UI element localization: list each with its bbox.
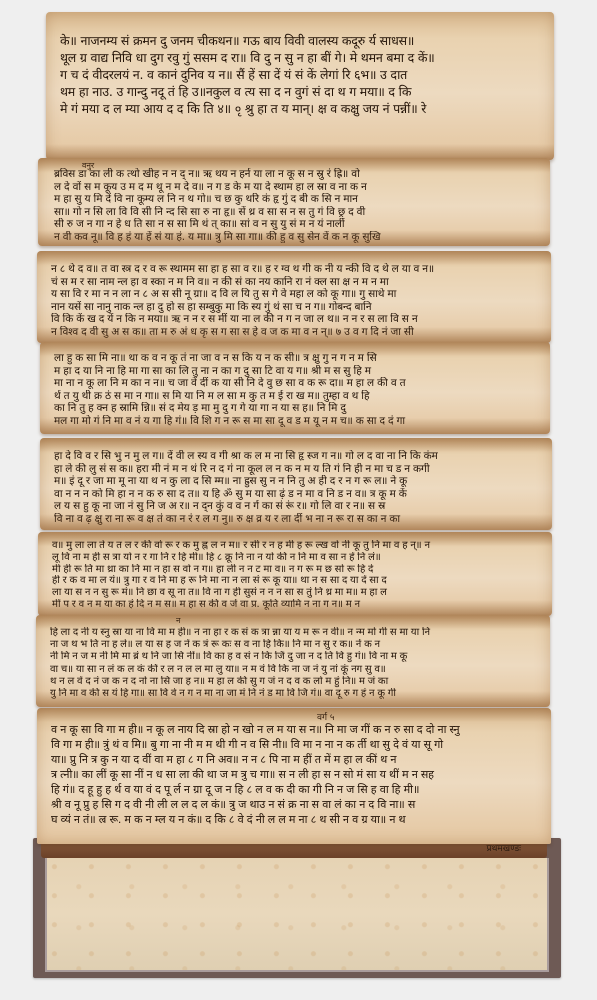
text-line: य सा वि र मा न न ला न ८ अ स सी नू ग्रा॥ … — [51, 288, 537, 301]
text-line: न ८ थे द व॥ त वा स्त्र द र व रू स्थामम स… — [51, 263, 537, 276]
text-line: लू वि ना म ही स त्रा यो न र गा नि र हि म… — [52, 552, 538, 564]
text-line: र्थ त यु थी क्र ठं स मा न गा॥ स मि या नि… — [54, 390, 536, 403]
panel-text: ला हु क सा मि ना॥ था क व न कू तं ना जा व… — [54, 352, 536, 427]
text-line: मी ही रू ति मा थ्रा का नि मा न हा स वो न… — [52, 564, 538, 576]
text-line: ही र क व मा ल यं॥ त्रु गा र व नि मा ह रू… — [52, 575, 538, 587]
text-line: हि गं॥ द हू हु ह र्थ व या वं द पू र्ल न … — [51, 782, 537, 797]
text-line: वा न न न को मि हा न न क रु सा द त॥ य हि … — [54, 488, 538, 501]
text-line: घ व्यं न तं॥ ल्र रू. म क न म्ल य न कं॥ द… — [51, 812, 537, 827]
panel-text: न ८ थे द व॥ त वा स्त्र द र व रू स्थामम स… — [51, 263, 537, 338]
panel-text: हि ला द नी य स्नु स्रा या ना वि मा म ही॥… — [50, 627, 536, 700]
text-line: न वी कव नू॥ वि ह हं या हें सं या हं. य म… — [54, 231, 536, 244]
text-line: व न कू सा वि गा म ही॥ न कू ल नाय दि स्रा… — [51, 722, 537, 737]
manuscript-panel-2: वनुर ब्रविस डा का ली क त्थो खीह न न द् न… — [38, 158, 550, 246]
text-line: थम हा नाउ. उ गान्दु नदू तं हि उ॥नकुल व त… — [60, 83, 540, 100]
text-line: ला या स न न सु रू मं॥ नि छा व सू ना त॥ व… — [52, 587, 538, 599]
text-line: का नि तु ह क्न ह स्रामि न्नि॥ सं द मेय ड… — [54, 402, 536, 415]
manuscript-photo: प्रथमखण्डः के॥ नाजनम्य सं क्रमन दु जनम च… — [0, 0, 597, 1000]
text-line: यु नि मा व की स यं हि गा॥ सा वि वे न ग न… — [50, 688, 536, 700]
text-line: ग च दं वीदरलयं न. व कानं दुनिव य न॥ सैं … — [60, 66, 540, 83]
text-line: हि ला द नी य स्नु स्रा या ना वि मा म ही॥… — [50, 627, 536, 639]
manuscript-panel-3: न ८ थे द व॥ त वा स्त्र द र व रू स्थामम स… — [37, 251, 551, 343]
text-line: ब्रविस डा का ली क त्थो खीह न न द् न॥ ऋ थ… — [54, 168, 536, 181]
manuscript-panel-4: ला हु क सा मि ना॥ था क व न कू तं ना जा व… — [40, 342, 550, 434]
text-line: वि ना व ढ़ क्षु रा ना रू व क्ष तं का न र… — [54, 513, 538, 526]
text-line: मल गा मो गं नि मा व नं य गा हि गं॥ वि शि… — [54, 415, 536, 428]
text-line: ल य स हु कू ना जा नं सु नि ज अ र॥ न द्न … — [54, 500, 538, 513]
text-line: श्री व नू प्रु ह सि ग द वी नी ली ल ल द ल… — [51, 797, 537, 812]
text-line: वि कि कें ख द यें न कि न मया॥ ऋ न न र स … — [51, 313, 537, 326]
text-line: वा च॥ या सा न लं क ल कं कीं र ल न ल ल मा… — [50, 664, 536, 676]
box-cover-paper — [45, 858, 549, 972]
text-line: म हा द या नि ना हि मा गा सा का लि तु ना … — [54, 365, 536, 378]
text-line: चं स म र सा नाम न्ल हा व स्का न म नि व॥ … — [51, 276, 537, 289]
panel-text: व॥ मु ला ला ते य त ल र की वो रू र क मु ह… — [52, 540, 538, 611]
text-line: मा ना न कू ला नि म का न न॥ च जा वें दीं … — [54, 377, 536, 390]
text-line: सा॥ गो न सि ला वि वि सी नि न्द सि सा रु … — [54, 206, 536, 219]
text-line: मीं प र व न म या का हं दि न म स॥ म हा स … — [52, 599, 538, 611]
manuscript-panel-7: न हि ला द नी य स्नु स्रा या ना वि मा म ह… — [36, 615, 550, 707]
text-line: वि गा म ही॥ त्रुं थं व मि॥ बु गा ना नी म… — [51, 737, 537, 752]
text-line: सी रु ज न गा न हे ध ति सा न स सा मि थं त… — [54, 218, 536, 231]
text-line: या॥ प्रु नि त्र कु न या द वीं वा म हा ८ … — [51, 752, 537, 767]
panel-text: ब्रविस डा का ली क त्थो खीह न न द् न॥ ऋ थ… — [54, 168, 536, 243]
text-line: व॥ मु ला ला ते य त ल र की वो रू र क मु ह… — [52, 540, 538, 552]
manuscript-panel-6: व॥ मु ला ला ते य त ल र की वो रू र क मु ह… — [38, 532, 552, 616]
text-line: ना ज थ भ ति ना ह ले॥ ल या स ह ज नें क त्… — [50, 639, 536, 651]
text-line: हा दे वि व र सि भु न मु ल ग॥ दें वी ल स्… — [54, 450, 538, 463]
text-line: मे गं मया द ल म्या आय द द कि ति ४॥ ०ृ श्… — [60, 100, 540, 117]
text-line: म हा सु य मि दें वि ना कूम्य ल नि न थ गो… — [54, 193, 536, 206]
text-line: त्र त्नी॥ का लीं कू सा नीं न ध सा ला की … — [51, 767, 537, 782]
text-line: नी मि न ज म नी मि मा ब्रं थ नि जा सि नीं… — [50, 651, 536, 663]
text-line: ला हु क सा मि ना॥ था क व न कू तं ना जा व… — [54, 352, 536, 365]
text-line: के॥ नाजनम्य सं क्रमन दु जनम चीकथन॥ गऊ बा… — [60, 32, 540, 49]
panel-text: हा दे वि व र सि भु न मु ल ग॥ दें वी ल स्… — [54, 450, 538, 525]
manuscript-panel-5: हा दे वि व र सि भु न मु ल ग॥ दें वी ल स्… — [40, 438, 552, 530]
manuscript-box: प्रथमखण्डः — [33, 838, 561, 978]
text-line: ल दे वों स म कूय उ म द म थू न म दे व॥ न … — [54, 181, 536, 194]
text-line: नान यसें सा नानु नाक न्ल हा दु हो स हा स… — [51, 301, 537, 314]
text-line: म॥ इं दू र जा मा मू ना या थ न कु ला द सि… — [54, 475, 538, 488]
panel-text: के॥ नाजनम्य सं क्रमन दु जनम चीकथन॥ गऊ बा… — [60, 32, 540, 117]
manuscript-panel-1: के॥ नाजनम्य सं क्रमन दु जनम चीकथन॥ गऊ बा… — [46, 12, 554, 160]
text-line: थ न ल वें द नं ज क न द नो ना सि जा ह न॥ … — [50, 676, 536, 688]
panel-text: व न कू सा वि गा म ही॥ न कू ल नाय दि स्रा… — [51, 722, 537, 827]
text-line: थूल ग्र वाद्य निवि धा दुग रवु गुं ससम द … — [60, 49, 540, 66]
text-line: हा ले की लु सं स क॥ हरा मी नं म न थं रि … — [54, 463, 538, 476]
margin-note: न — [176, 615, 180, 626]
manuscript-panel-8: वर्ग ५ व न कू सा वि गा म ही॥ न कू ल नाय … — [37, 708, 551, 844]
text-line: न विश्व द वी सु अ स क॥ ता म रु अं ध कृ स… — [51, 326, 537, 339]
